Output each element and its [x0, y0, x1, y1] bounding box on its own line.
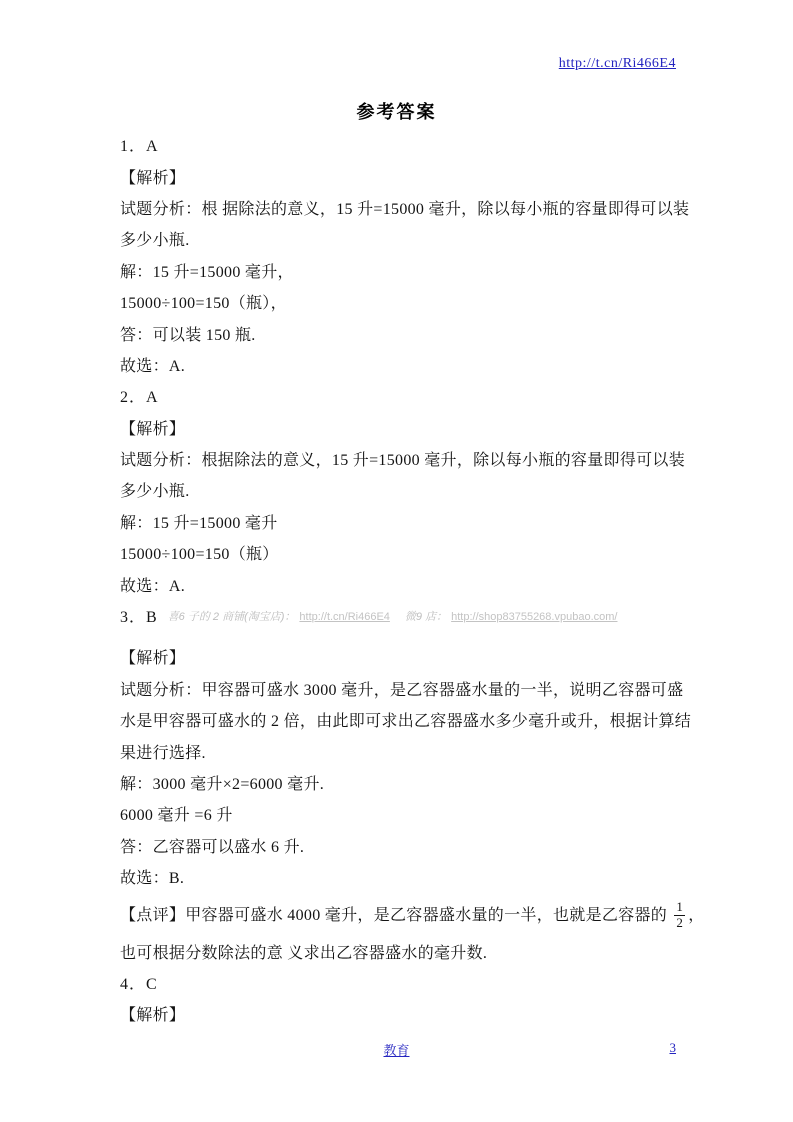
text-line: 故选：A. — [120, 568, 682, 599]
answer-line: 1．A — [120, 129, 682, 160]
document-page: { "header": { "top_link": "http://t.cn/R… — [0, 0, 793, 1122]
footer-page-number[interactable]: 3 — [670, 1040, 677, 1056]
text-line: 试题分析：根 据除法的意义，15 升=15000 毫升，除以每小瓶的容量即得可以… — [120, 192, 682, 223]
footer-education-link[interactable]: 教育 — [383, 1043, 409, 1058]
watermark-link[interactable]: http://shop83755268.vpubao.com/ — [451, 611, 617, 623]
text-line: 【解析】 — [120, 412, 682, 443]
text-line: 15000÷100=150（瓶） — [120, 537, 682, 568]
header-url-link[interactable]: http://t.cn/Ri466E4 — [559, 56, 676, 72]
text-line: 解：3000 毫升×2=6000 毫升. — [120, 767, 682, 798]
text-line: 【点评】甲容器可盛水 4000 毫升，是乙容器盛水量的一半，也就是乙容器的 12… — [120, 892, 682, 935]
text-line: 试题分析：根据除法的意义，15 升=15000 毫升，除以每小瓶的容量即得可以装 — [120, 443, 682, 474]
page-title: 参考答案 — [0, 98, 793, 124]
watermark-text: 微9 店： — [394, 611, 447, 623]
text-before-fraction: 【点评】甲容器可盛水 4000 毫升，是乙容器盛水量的一半，也就是乙容器的 — [120, 902, 671, 925]
content-lines: 1．A【解析】试题分析：根 据除法的意义，15 升=15000 毫升，除以每小瓶… — [120, 129, 682, 1030]
text-line: 答：乙容器可以盛水 6 升. — [120, 830, 682, 861]
text-line: 解：15 升=15000 毫升 — [120, 506, 682, 537]
answer-text: 3．B — [120, 604, 158, 627]
answer-line: 3．B喜6 子的 2 商铺(淘宝店)：http://t.cn/Ri466E4 微… — [120, 600, 682, 631]
text-line: 故选：B. — [120, 861, 682, 892]
text-line: 果进行选择. — [120, 735, 682, 766]
watermark-link[interactable]: http://t.cn/Ri466E4 — [299, 611, 390, 623]
text-line: 解：15 升=15000 毫升， — [120, 255, 682, 286]
text-line: 多少小瓶. — [120, 474, 682, 505]
text-line: 试题分析：甲容器可盛水 3000 毫升，是乙容器盛水量的一半，说明乙容器可盛 — [120, 673, 682, 704]
text-after-fraction: ， — [688, 902, 704, 925]
watermark: 喜6 子的 2 商铺(淘宝店)：http://t.cn/Ri466E4 微9 店… — [168, 608, 622, 624]
text-line: 6000 毫升 =6 升 — [120, 798, 682, 829]
text-line: 【解析】 — [120, 160, 682, 191]
fraction-numerator: 1 — [674, 900, 685, 916]
text-line: 水是甲容器可盛水的 2 倍，由此即可求出乙容器盛水多少毫升或升，根据计算结 — [120, 704, 682, 735]
answer-line: 2．A — [120, 380, 682, 411]
fraction-denominator: 2 — [674, 916, 685, 931]
text-line: 【解析】 — [120, 641, 682, 672]
text-line: 答：可以装 150 瓶. — [120, 317, 682, 348]
text-line: 故选：A. — [120, 349, 682, 380]
text-line: 多少小瓶. — [120, 223, 682, 254]
fraction: 12 — [674, 900, 685, 931]
text-line: 也可根据分数除法的意 义求出乙容器盛水的毫升数. — [120, 935, 682, 966]
watermark-text: 喜6 子的 2 商铺(淘宝店)： — [168, 611, 296, 623]
text-line: 【解析】 — [120, 998, 682, 1029]
text-line: 15000÷100=150（瓶）， — [120, 286, 682, 317]
answer-line: 4．C — [120, 967, 682, 998]
